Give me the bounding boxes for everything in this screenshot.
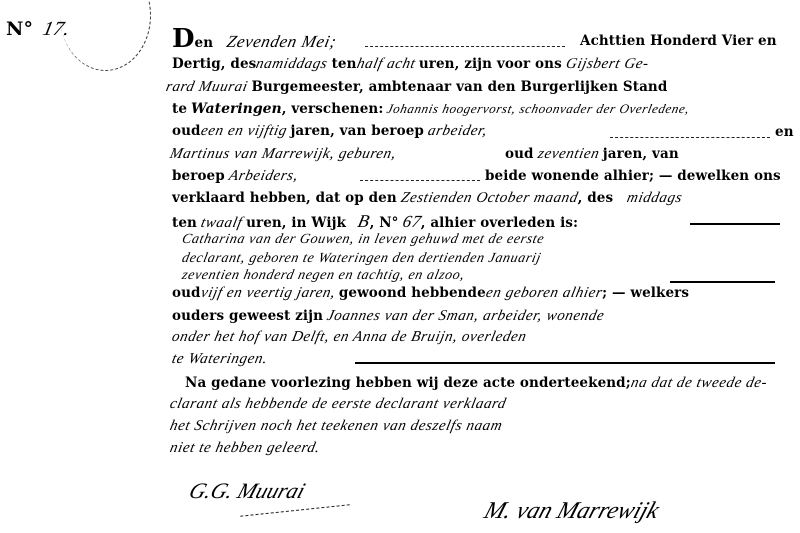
line-5: oudeen en vijftig jaren, van beroep arbe… bbox=[172, 122, 487, 140]
line-6-age: oud zeventien jaren, van bbox=[505, 145, 679, 163]
handwritten-age: zeventien bbox=[536, 146, 601, 163]
printed-text: ; — welkers bbox=[602, 285, 689, 301]
printed-place: Wateringen bbox=[191, 101, 282, 117]
handwritten-parents: onder het hof van Delft, en Anna de Brui… bbox=[170, 329, 528, 346]
handwritten-occupation: arbeider, bbox=[426, 123, 489, 140]
rule-line bbox=[670, 281, 775, 283]
printed-text: beide wonende alhier; — dewelken ons bbox=[485, 168, 781, 184]
handwritten-place: te Wateringen. bbox=[170, 351, 269, 368]
handwritten-deceased-name: Catharina van der Gouwen, in leven gehuw… bbox=[180, 232, 545, 248]
printed-text: , des bbox=[578, 190, 614, 206]
record-number: N° 17. bbox=[6, 18, 70, 41]
handwritten-time-of-day: namiddags bbox=[255, 56, 330, 73]
record-number-label: N° bbox=[6, 18, 33, 40]
printed-text: , N° bbox=[370, 215, 399, 231]
printed-year: Achttien Honderd Vier en bbox=[580, 33, 777, 49]
handwritten-official-name: Gijsbert Ge- bbox=[564, 56, 650, 73]
printed-text: ten bbox=[332, 56, 357, 72]
handwritten-date: Zevenden Mei; bbox=[225, 32, 339, 52]
printed-text: uren, zijn voor ons bbox=[419, 56, 562, 72]
printed-text: oud bbox=[172, 123, 201, 139]
printed-text: beroep bbox=[172, 168, 225, 184]
line-17: Na gedane voorlezing hebben wij deze act… bbox=[185, 374, 767, 392]
handwritten-hour: twaalf bbox=[199, 215, 244, 232]
printed-text: , alhier overleden is: bbox=[421, 215, 578, 231]
handwritten-hour: half acht bbox=[355, 56, 417, 73]
signature-mayor: G.G. Muurai bbox=[186, 478, 309, 504]
line-13: oudvijf en veertig jaren, gewoond hebben… bbox=[172, 284, 689, 302]
line-9: ten twaalf uren, in Wijk B, N° 67, alhie… bbox=[172, 211, 578, 232]
handwritten-age: vijf en veertig jaren, bbox=[199, 285, 337, 302]
printed-text: te bbox=[172, 101, 187, 117]
handwritten-deceased-birth: declarant, geboren te Wateringen den der… bbox=[180, 251, 542, 267]
printed-text: jaren, van bbox=[603, 146, 679, 162]
printed-text: Dertig, des bbox=[172, 56, 256, 72]
handwritten-declarant-2: Martinus van Marrewijk, geburen, bbox=[168, 146, 398, 163]
filler-dash bbox=[360, 180, 480, 181]
line-14: ouders geweest zijn Joannes van der Sman… bbox=[172, 307, 604, 325]
handwritten-occupation: Arbeiders, bbox=[227, 168, 300, 185]
line-4: te Wateringen, verschenen: Johannis hoog… bbox=[172, 100, 690, 118]
filler-dash bbox=[610, 137, 770, 138]
handwritten-deceased-birthyear: zeventien honderd negen en tachtig, en a… bbox=[180, 268, 466, 284]
handwritten-note: clarant als hebbende de eerste declarant… bbox=[168, 396, 508, 413]
handwritten-note: niet te hebben geleerd. bbox=[168, 440, 321, 457]
printed-text: oud bbox=[505, 146, 534, 162]
rule-line bbox=[355, 362, 775, 364]
printed-text: en bbox=[775, 124, 794, 140]
initial-letter: D bbox=[172, 24, 195, 54]
printed-text: verklaard hebben, dat op den bbox=[172, 190, 397, 206]
printed-text: gewoond hebbende bbox=[339, 285, 486, 301]
handwritten-house-number: 67 bbox=[400, 212, 422, 232]
filler-dash bbox=[365, 46, 565, 47]
line-2: Dertig, desnamiddags tenhalf acht uren, … bbox=[172, 55, 648, 73]
printed-text: ouders geweest zijn bbox=[172, 308, 323, 324]
handwritten-note: het Schrijven noch het teekenen van desz… bbox=[168, 418, 504, 435]
printed-text: , verschenen: bbox=[282, 101, 384, 117]
handwritten-time-of-day: middags bbox=[625, 190, 684, 207]
printed-text: Burgemeester, ambtenaar van den Burgerli… bbox=[251, 79, 667, 95]
printed-text: oud bbox=[172, 285, 201, 301]
handwritten-death-date: Zestienden October maand bbox=[399, 190, 579, 207]
printed-text: jaren, van beroep bbox=[290, 123, 424, 139]
signature-declarant: M. van Marrewijk bbox=[481, 498, 663, 525]
line-7: beroep Arbeiders, bbox=[172, 167, 298, 185]
line-1: Den Zevenden Mei; bbox=[172, 24, 336, 54]
handwritten-residence: en geboren alhier bbox=[484, 285, 604, 302]
handwritten-official-name: rard Muurai bbox=[164, 79, 249, 96]
handwritten-parents: Joannes van der Sman, arbeider, wonende bbox=[325, 308, 606, 325]
line-8: verklaard hebben, dat op den Zestienden … bbox=[172, 189, 682, 207]
handwritten-declarant-1: Johannis hoogervorst, schoonvader der Ov… bbox=[386, 101, 692, 117]
line-3: rard Muurai Burgemeester, ambtenaar van … bbox=[166, 78, 667, 96]
line-6: Martinus van Marrewijk, geburen, bbox=[170, 145, 396, 163]
signature-flourish bbox=[240, 504, 350, 516]
printed-text: uren, in Wijk bbox=[246, 215, 346, 231]
printed-text: Na gedane voorlezing hebben wij deze act… bbox=[185, 375, 631, 391]
handwritten-age: een en vijftig bbox=[199, 123, 288, 140]
record-number-circle bbox=[60, 0, 151, 71]
record-number-value: 17. bbox=[41, 18, 73, 41]
printed-text: en bbox=[195, 35, 214, 51]
handwritten-note: na dat de tweede de- bbox=[629, 375, 769, 392]
printed-text: ten bbox=[172, 215, 197, 231]
rule-line bbox=[690, 223, 780, 225]
